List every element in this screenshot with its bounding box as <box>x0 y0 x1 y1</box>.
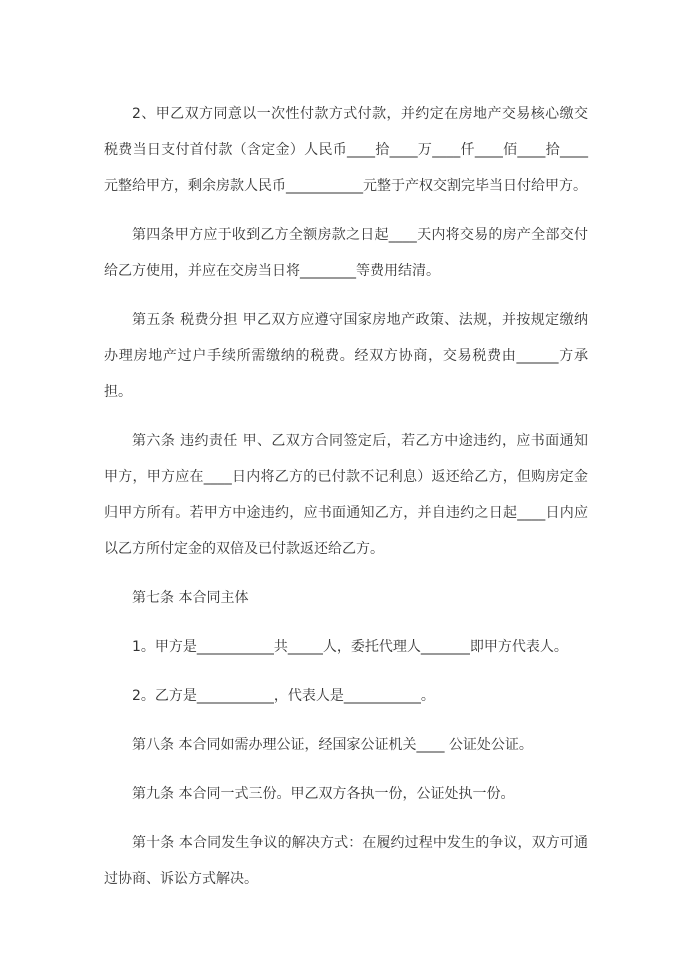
clause-article-6-liability: 第六条 违约责任 甲、乙双方合同签定后，若乙方中途违约，应书面通知甲方，甲方应在… <box>104 423 588 567</box>
clause-article-7-party-a: 1。甲方是___________共_____人，委托代理人_______即甲方代… <box>104 629 588 665</box>
document-page: 2、甲乙双方同意以一次性付款方式付款，并约定在房地产交易核心缴交税费当日支付首付… <box>104 96 588 910</box>
clause-article-8-notarization: 第八条 本合同如需办理公证，经国家公证机关____ 公证处公证。 <box>104 727 588 763</box>
clause-article-7-title: 第七条 本合同主体 <box>104 580 588 616</box>
clause-article-7-party-b: 2。乙方是___________，代表人是___________。 <box>104 678 588 714</box>
clause-article-9-copies: 第九条 本合同一式三份。甲乙双方各执一份，公证处执一份。 <box>104 776 588 812</box>
clause-article-5-taxes: 第五条 税费分担 甲乙双方应遵守国家房地产政策、法规，并按规定缴纳办理房地产过户… <box>104 302 588 410</box>
clause-article-4-delivery: 第四条甲方应于收到乙方全额房款之日起____天内将交易的房产全部交付给乙方使用，… <box>104 217 588 289</box>
clause-payment: 2、甲乙双方同意以一次性付款方式付款，并约定在房地产交易核心缴交税费当日支付首付… <box>104 96 588 204</box>
clause-article-10-disputes: 第十条 本合同发生争议的解决方式：在履约过程中发生的争议，双方可通过协商、诉讼方… <box>104 825 588 897</box>
